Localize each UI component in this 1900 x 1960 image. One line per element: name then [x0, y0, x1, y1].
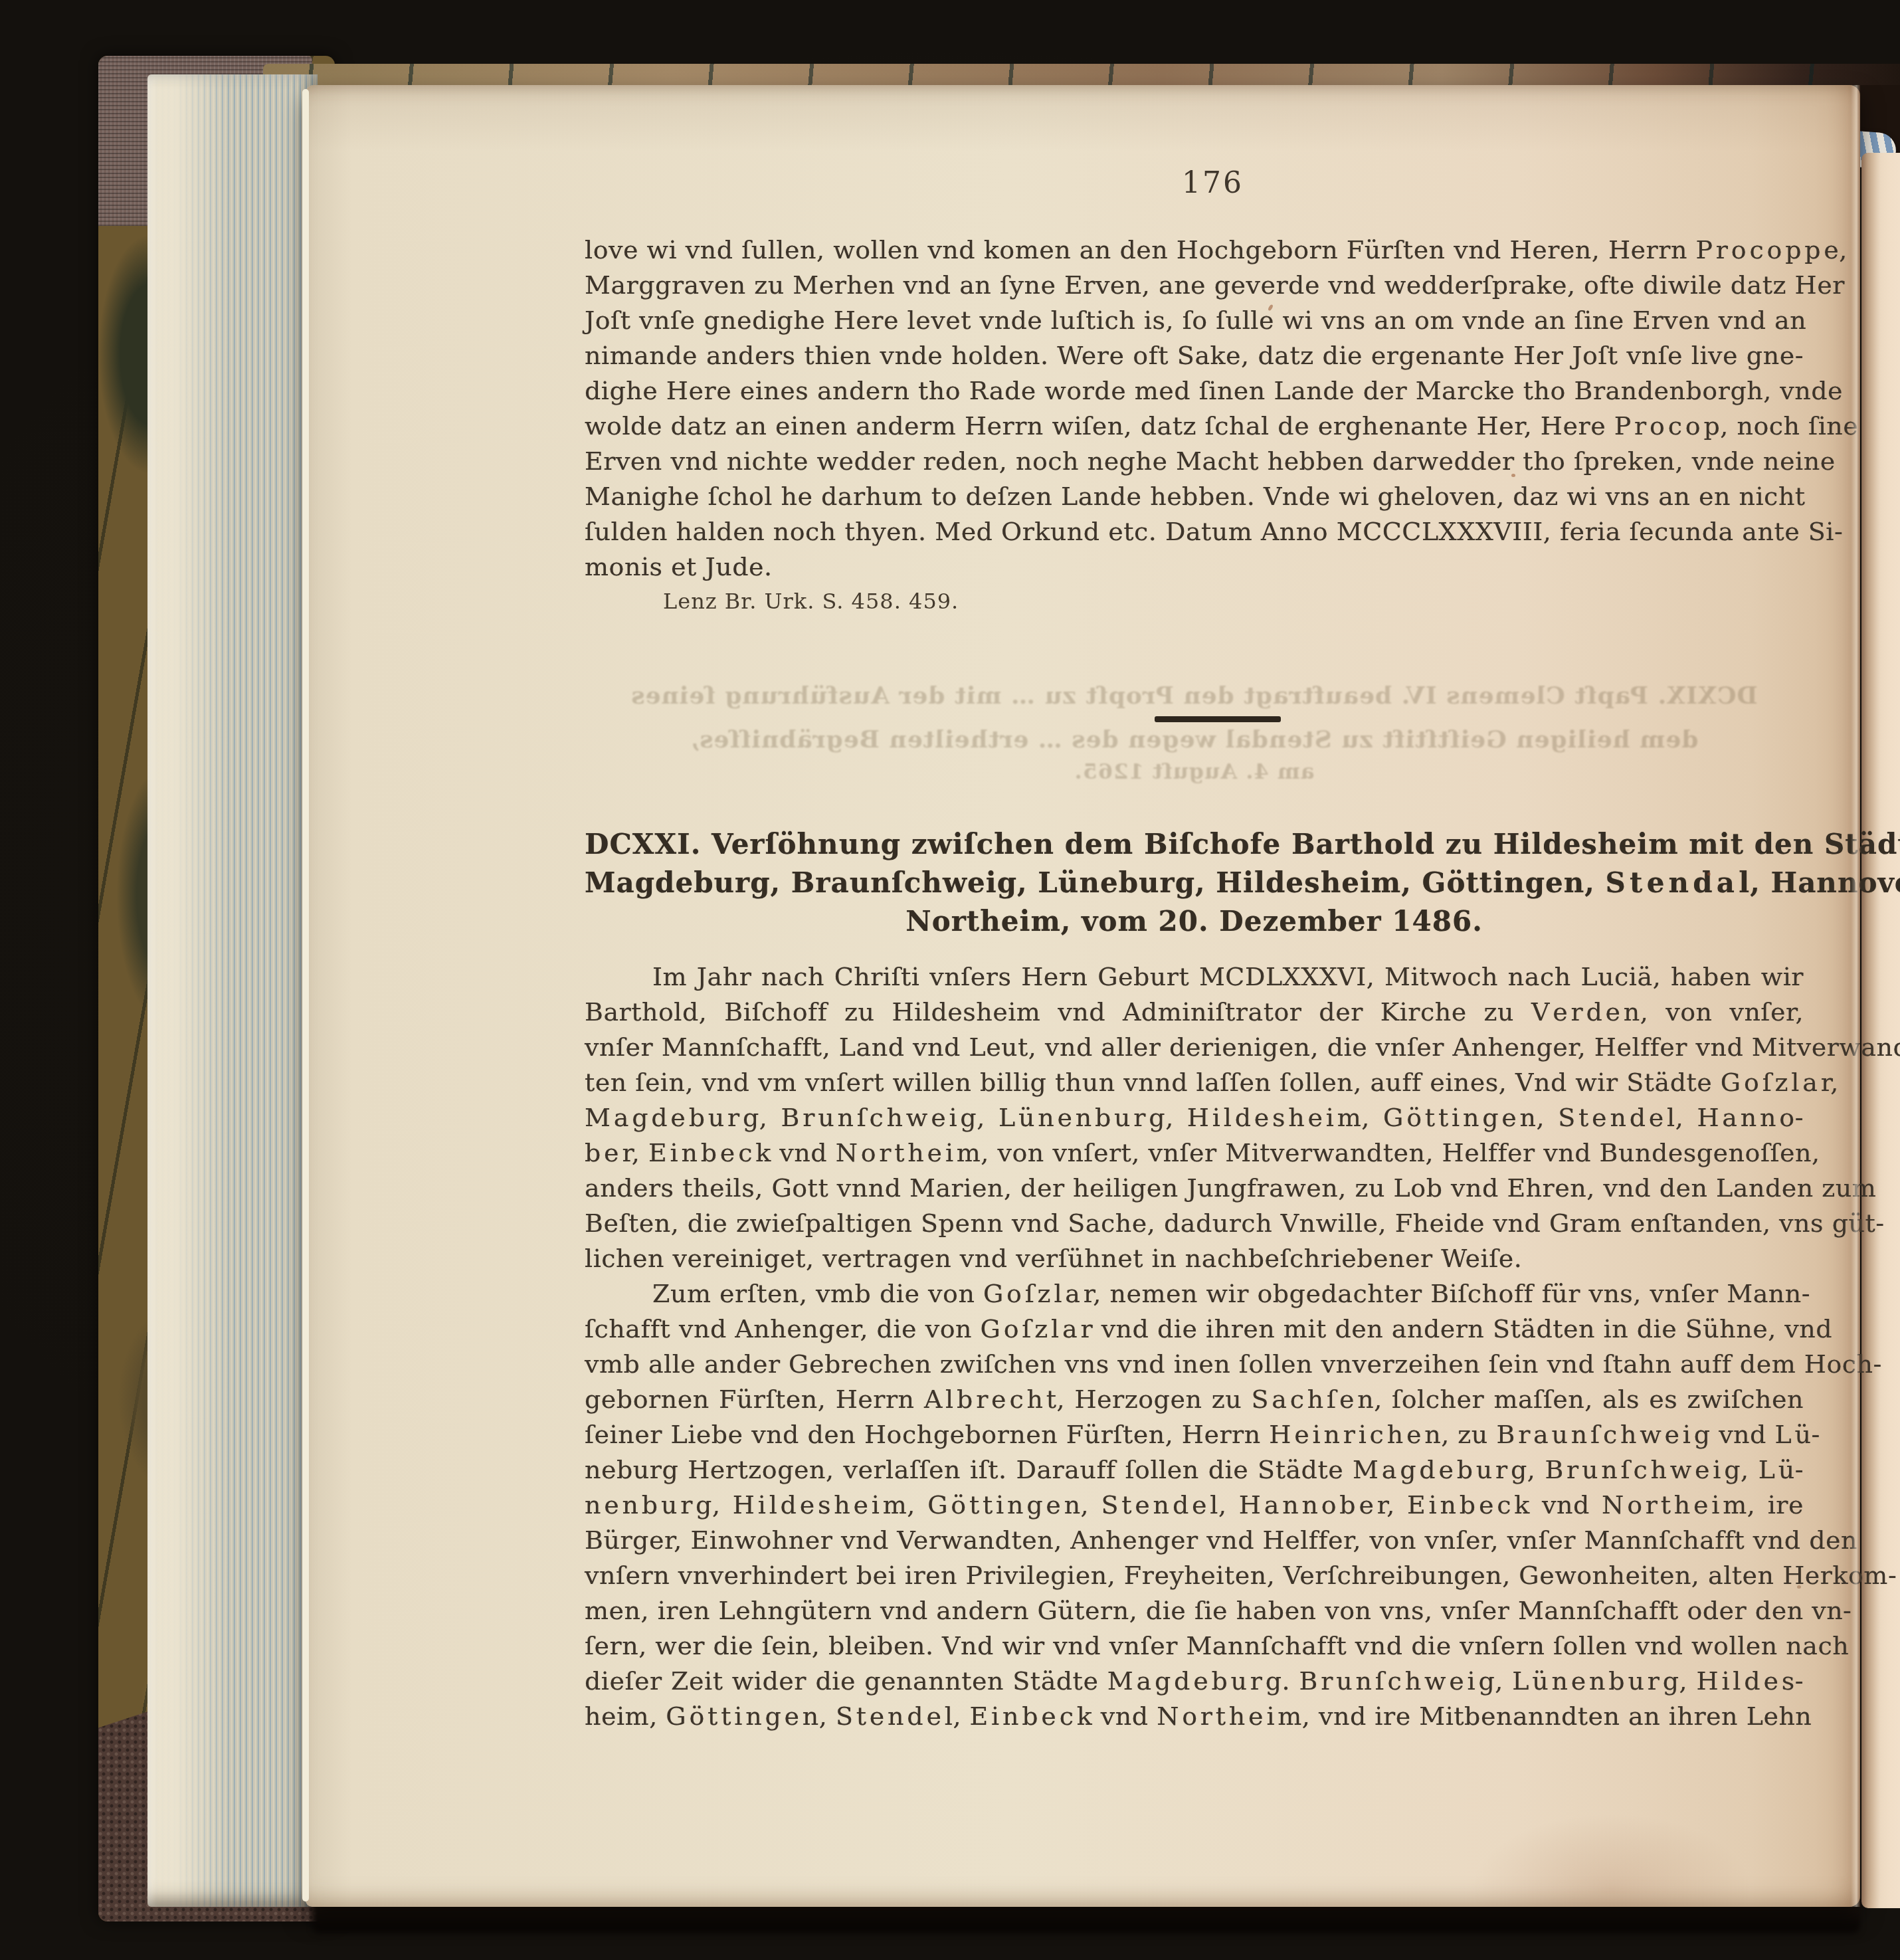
text-line: DCXXI. Verſöhnung zwiſchen dem Biſchofe … — [585, 825, 1804, 864]
scan-background: { "page": { "number": "176", "continued_… — [0, 0, 1900, 1960]
text-line: Bürger, Einwohner vnd Verwandten, Anheng… — [585, 1523, 1804, 1558]
bleedthrough-line: DCXIX. Papſt Clemens IV. beauftragt den … — [585, 682, 1804, 710]
text-line: Marggraven zu Merhen vnd an ſyne Erven, … — [585, 268, 1804, 303]
text-line: neburg Hertzogen, verlaſſen iſt. Darauff… — [585, 1452, 1804, 1488]
text-line: Joſt vnſe gnedighe Here levet vnde luſti… — [585, 303, 1804, 338]
open-page: 176 love wi vnd ſullen, wollen vnd komen… — [306, 85, 1860, 1907]
text-line: dieſer Zeit wider die genannten Städte M… — [585, 1664, 1804, 1699]
page-content: 176 love wi vnd ſullen, wollen vnd komen… — [585, 85, 1804, 1907]
text-line: gebornen Fürſten, Herrn A l b r e c h t,… — [585, 1382, 1804, 1417]
paper-speck — [1511, 474, 1515, 477]
text-line: heim, G ö t t i n g e n, S t e n d e l, … — [585, 1699, 1804, 1734]
text-line: Manighe ſchol he darhum to deſzen Lande … — [585, 479, 1804, 514]
text-line: Zum erſten, vmb die von G o ſ z l a r, n… — [585, 1276, 1804, 1312]
text-line: Magdeburg, Braunſchweig, Lüneburg, Hilde… — [585, 864, 1804, 902]
body-paragraph-2: Zum erſten, vmb die von G o ſ z l a r, n… — [585, 1276, 1804, 1734]
text-line: ten ſein, vnd vm vnſert willen billig th… — [585, 1065, 1804, 1100]
page-number: 176 — [585, 166, 1804, 200]
text-line: vmb alle ander Gebrechen zwiſchen vns vn… — [585, 1347, 1804, 1382]
text-line: Erven vnd nichte wedder reden, noch negh… — [585, 444, 1804, 479]
bleedthrough-line: am 4. Auguſt 1265. — [585, 759, 1804, 784]
facing-page-edge — [1861, 153, 1900, 1908]
source-citation: Lenz Br. Urk. S. 458. 459. — [663, 589, 959, 614]
paper-speck — [1797, 1585, 1801, 1589]
text-line: lichen vereiniget, vertragen vnd verſühn… — [585, 1241, 1804, 1276]
text-line: monis et Jude. — [585, 549, 1804, 585]
text-line: M a g d e b u r g, B r u n ſ c h w e i g… — [585, 1100, 1804, 1135]
text-line: nimande anders thien vnde holden. Were o… — [585, 338, 1804, 373]
text-line: b e r, E i n b e c k vnd N o r t h e i m… — [585, 1135, 1804, 1171]
body-paragraph-1: Im Jahr nach Chriſti vnſers Hern Geburt … — [585, 959, 1804, 1276]
paper-speck — [1707, 872, 1711, 876]
text-line: ſern, wer die ſein, bleiben. Vnd wir vnd… — [585, 1628, 1804, 1664]
entry-heading-dcxxi: DCXXI. Verſöhnung zwiſchen dem Biſchofe … — [585, 825, 1804, 941]
text-line: n e n b u r g, H i l d e s h e i m, G ö … — [585, 1488, 1804, 1523]
page-edges-stack — [147, 74, 318, 1907]
text-line: love wi vnd ſullen, wollen vnd komen an … — [585, 233, 1804, 268]
text-line: ſeiner Liebe vnd den Hochgebornen Fürſte… — [585, 1417, 1804, 1452]
section-divider — [1155, 716, 1281, 722]
bleedthrough-line: dem heiligen Geiſtſtift zu Stendal wegen… — [585, 726, 1804, 753]
text-line: ſulden halden noch thyen. Med Orkund etc… — [585, 514, 1804, 549]
text-line: vnſern vnverhindert bei iren Privilegien… — [585, 1558, 1804, 1593]
text-line: men, iren Lehngütern vnd andern Gütern, … — [585, 1593, 1804, 1628]
text-line: Northeim, vom 20. Dezember 1486. — [585, 902, 1804, 941]
text-line: ſchafft vnd Anhenger, die von G o ſ z l … — [585, 1312, 1804, 1347]
text-line: Im Jahr nach Chriſti vnſers Hern Geburt … — [585, 959, 1804, 995]
text-line: Beſten, die zwieſpaltigen Spenn vnd Sach… — [585, 1206, 1804, 1241]
continued-paragraph: love wi vnd ſullen, wollen vnd komen an … — [585, 233, 1804, 585]
text-line: Barthold, Biſchoff zu Hildesheim vnd Adm… — [585, 995, 1804, 1030]
text-line: anders theils, Gott vnnd Marien, der hei… — [585, 1171, 1804, 1206]
text-line: wolde datz an einen anderm Herrn wiſen, … — [585, 409, 1804, 444]
text-line: vnſer Mannſchafft, Land vnd Leut, vnd al… — [585, 1030, 1804, 1065]
text-line: dighe Here eines andern tho Rade worde m… — [585, 373, 1804, 409]
